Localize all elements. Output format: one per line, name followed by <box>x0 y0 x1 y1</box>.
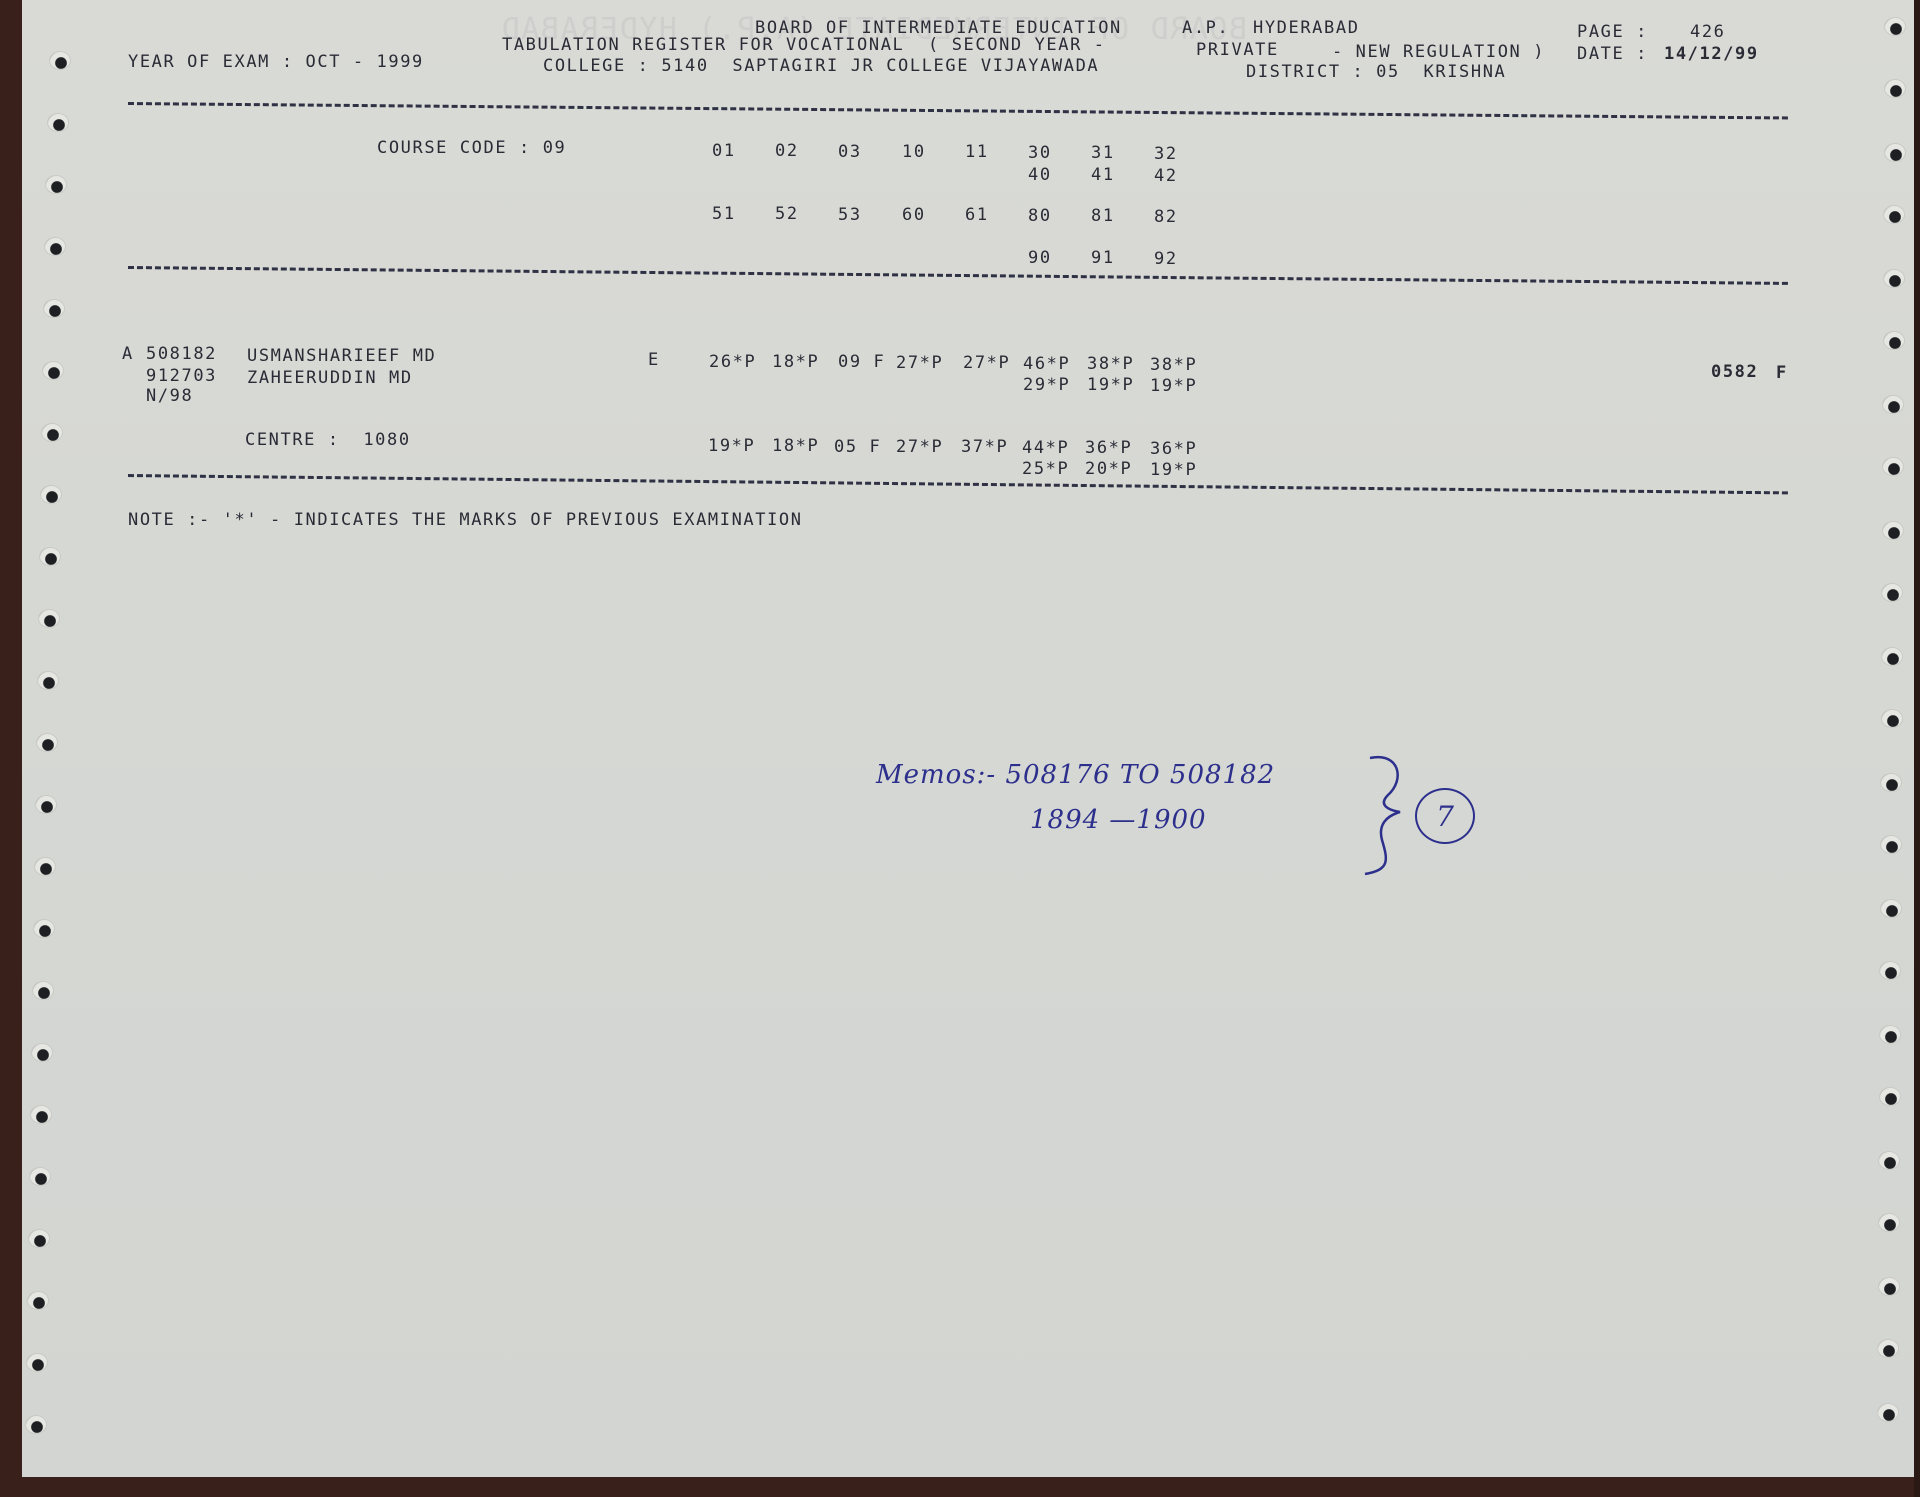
footnote: NOTE :- '*' - INDICATES THE MARKS OF PRE… <box>128 510 803 530</box>
code-cell: 32 <box>1154 144 1178 164</box>
medium: E <box>648 350 660 370</box>
result: F <box>1776 363 1788 383</box>
mark-cell: 20*P <box>1085 459 1132 479</box>
mark-cell: 37*P <box>961 437 1008 457</box>
code-cell: 11 <box>965 142 989 162</box>
code-cell: 92 <box>1154 249 1178 269</box>
page-number: 426 <box>1690 22 1726 42</box>
code-cell: 10 <box>902 142 926 162</box>
previous-exam: N/98 <box>146 386 193 406</box>
code-cell: 42 <box>1154 166 1178 186</box>
hall-ticket-number: 508182 <box>146 344 217 364</box>
code-cell: 82 <box>1154 207 1178 227</box>
code-cell: 03 <box>838 142 862 162</box>
code-cell: 53 <box>838 205 862 225</box>
serial-range: 1894 —1900 <box>1030 805 1207 835</box>
code-cell: 31 <box>1091 143 1115 163</box>
code-cell: 41 <box>1091 165 1115 185</box>
mark-cell: 18*P <box>772 436 819 456</box>
mark-cell: 46*P <box>1023 354 1070 374</box>
mark-cell: 19*P <box>1087 375 1134 395</box>
district-info: DISTRICT : 05 KRISHNA <box>1246 62 1506 82</box>
mark-cell: 05 F <box>834 437 881 457</box>
board-location: A.P. HYDERABAD <box>1182 18 1360 38</box>
code-cell: 02 <box>775 141 799 161</box>
code-cell: 30 <box>1028 143 1052 163</box>
register-title: TABULATION REGISTER FOR VOCATIONAL ( SEC… <box>502 35 1106 55</box>
mark-cell: 36*P <box>1150 439 1197 459</box>
mark-cell: 19*P <box>1150 460 1197 480</box>
mark-cell: 38*P <box>1150 355 1197 375</box>
code-cell: 91 <box>1091 248 1115 268</box>
code-cell: 61 <box>965 205 989 225</box>
memo-range: Memos:- 508176 TO 508182 <box>876 760 1275 790</box>
record-prefix: A <box>122 344 134 364</box>
mark-cell: 18*P <box>772 352 819 372</box>
mark-cell: 38*P <box>1087 354 1134 374</box>
regulation: - NEW REGULATION ) <box>1332 42 1545 62</box>
count-circle: 7 <box>1415 788 1475 844</box>
page-label: PAGE : <box>1577 22 1648 42</box>
mark-cell: 44*P <box>1022 438 1069 458</box>
code-cell: 81 <box>1091 206 1115 226</box>
student-name: USMANSHARIEEF MD <box>247 346 436 366</box>
mark-cell: 19*P <box>1150 376 1197 396</box>
mark-cell: 26*P <box>709 352 756 372</box>
course-code-label: COURSE CODE : 09 <box>377 138 566 158</box>
total-marks: 0582 <box>1711 362 1758 382</box>
mark-cell: 09 F <box>838 352 885 372</box>
father-name: ZAHEERUDDIN MD <box>247 368 413 388</box>
mark-cell: 27*P <box>896 353 943 373</box>
print-date: 14/12/99 <box>1664 44 1759 64</box>
code-cell: 60 <box>902 205 926 225</box>
centre: CENTRE : 1080 <box>245 430 411 450</box>
code-cell: 52 <box>775 204 799 224</box>
code-cell: 01 <box>712 141 736 161</box>
year-of-exam: YEAR OF EXAM : OCT - 1999 <box>128 52 424 72</box>
mark-cell: 29*P <box>1023 375 1070 395</box>
mark-cell: 19*P <box>708 436 755 456</box>
mark-cell: 27*P <box>896 437 943 457</box>
curly-brace-icon <box>1360 750 1420 880</box>
mark-cell: 27*P <box>963 353 1010 373</box>
mark-cell: 25*P <box>1022 459 1069 479</box>
desk-edge <box>1914 0 1920 1497</box>
mark-cell: 36*P <box>1085 438 1132 458</box>
code-cell: 80 <box>1028 206 1052 226</box>
exam-category: PRIVATE <box>1196 40 1279 60</box>
code-cell: 90 <box>1028 248 1052 268</box>
code-cell: 51 <box>712 204 736 224</box>
college-info: COLLEGE : 5140 SAPTAGIRI JR COLLEGE VIJA… <box>543 56 1099 76</box>
student-id: 912703 <box>146 366 217 386</box>
code-cell: 40 <box>1028 165 1052 185</box>
date-label: DATE : <box>1577 44 1648 64</box>
